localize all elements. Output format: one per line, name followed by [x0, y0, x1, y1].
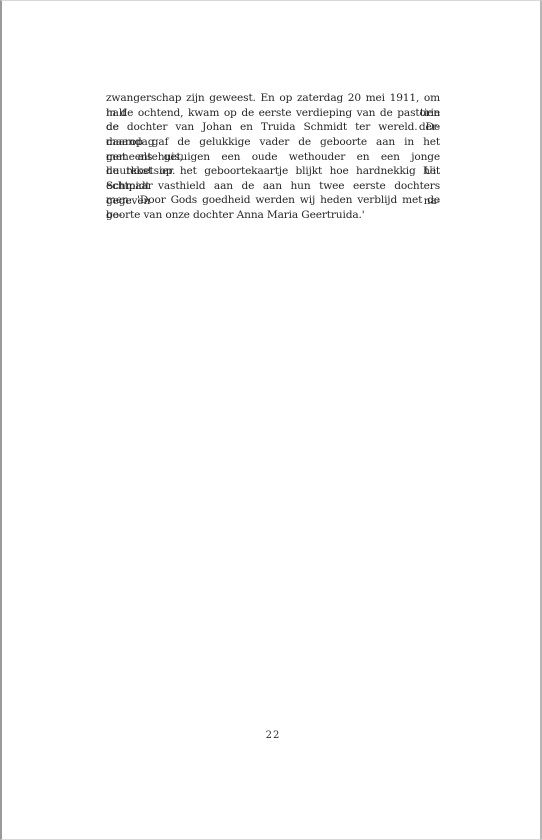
text-line: daarop gaf de gelukkige vader de geboort… [106, 135, 440, 150]
book-page: zwangerschap zijn geweest. En op zaterda… [0, 0, 542, 840]
text-line: zwangerschap zijn geweest. En op zaterda… [106, 91, 440, 106]
page-number: 22 [2, 730, 542, 741]
text-line: de tekst op het geboortekaartje blijkt h… [106, 164, 440, 179]
text-line: met als getuigen een oude wethouder en e… [106, 150, 440, 165]
text-line: men: 'Door Gods goedheid werden wij hede… [106, 193, 440, 208]
text-line: boorte van onze dochter Anna Maria Geert… [106, 208, 440, 223]
text-line: in de ochtend, kwam op de eerste verdiep… [106, 106, 440, 121]
text-line: de dochter van Johan en Truida Schmidt t… [106, 120, 440, 135]
body-paragraph: zwangerschap zijn geweest. En op zaterda… [106, 91, 440, 223]
text-line: Schmidt vasthield aan de aan hun twee ee… [106, 179, 440, 194]
